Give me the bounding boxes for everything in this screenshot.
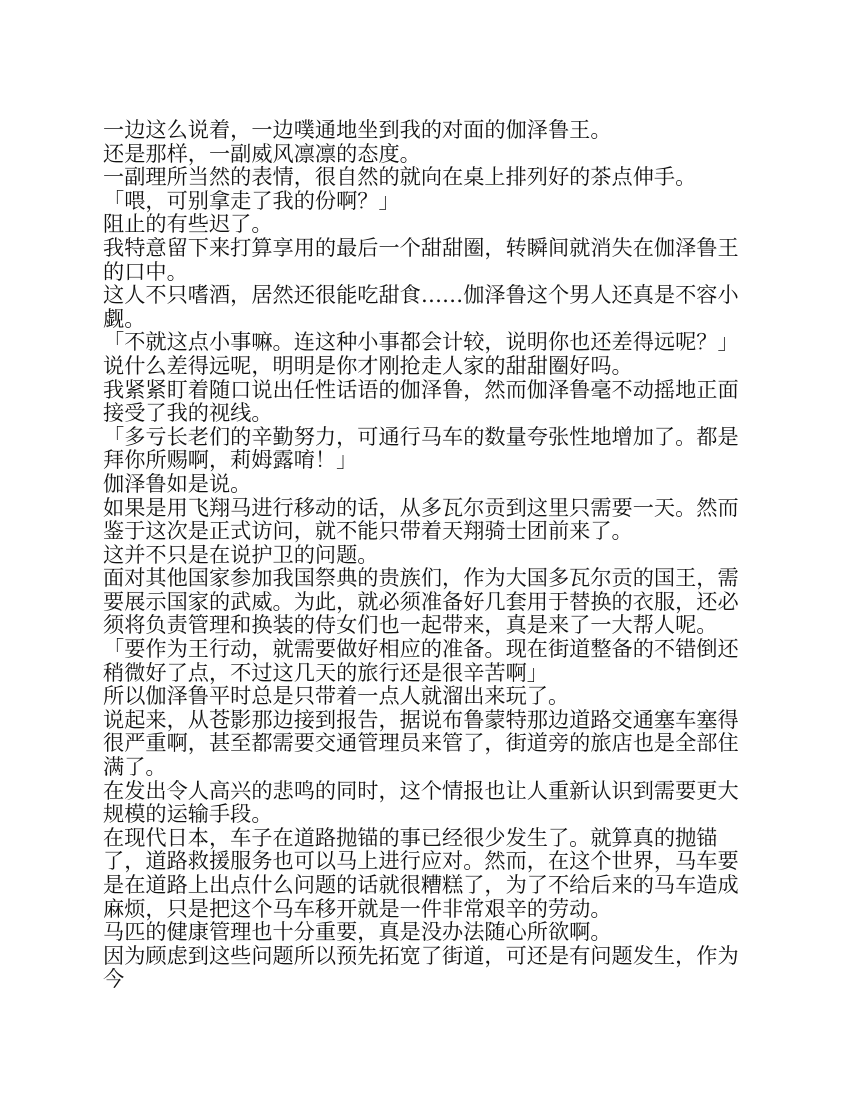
document-body: 一边这么说着，一边噗通地坐到我的对面的伽泽鲁王。 还是那样，一副威风凛凛的态度。… <box>103 118 747 991</box>
paragraph: 「多亏长老们的辛勤努力，可通行马车的数量夸张性地增加了。都是拜你所赐啊，莉姆露唷… <box>103 425 747 472</box>
paragraph: 一副理所当然的表情，很自然的就向在桌上排列好的茶点伸手。 <box>103 165 747 189</box>
paragraph: 这人不只嗜酒，居然还很能吃甜食……伽泽鲁这个男人还真是不容小觑。 <box>103 283 747 330</box>
paragraph: 在现代日本，车子在道路抛锚的事已经很少发生了。就算真的抛锚了，道路救援服务也可以… <box>103 826 747 920</box>
paragraph: 所以伽泽鲁平时总是只带着一点人就溜出来玩了。 <box>103 684 747 708</box>
paragraph: 如果是用飞翔马进行移动的话，从多瓦尔贡到这里只需要一天。然而鉴于这次是正式访问，… <box>103 496 747 543</box>
paragraph: 我特意留下来打算享用的最后一个甜甜圈，转瞬间就消失在伽泽鲁王的口中。 <box>103 236 747 283</box>
paragraph: 我紧紧盯着随口说出任性话语的伽泽鲁，然而伽泽鲁毫不动摇地正面接受了我的视线。 <box>103 378 747 425</box>
paragraph: 面对其他国家参加我国祭典的贵族们，作为大国多瓦尔贡的国王，需要展示国家的武威。为… <box>103 566 747 637</box>
paragraph: 「要作为王行动，就需要做好相应的准备。现在街道整备的不错倒还稍微好了点，不过这几… <box>103 637 747 684</box>
paragraph: 说起来，从苍影那边接到报告，据说布鲁蒙特那边道路交通塞车塞得很严重啊，甚至都需要… <box>103 708 747 779</box>
paragraph: 「喂，可别拿走了我的份啊？」 <box>103 189 747 213</box>
paragraph: 还是那样，一副威风凛凛的态度。 <box>103 142 747 166</box>
paragraph: 这并不只是在说护卫的问题。 <box>103 543 747 567</box>
paragraph: 阻止的有些迟了。 <box>103 212 747 236</box>
paragraph: 因为顾虑到这些问题所以预先拓宽了街道，可还是有问题发生，作为今 <box>103 944 747 991</box>
paragraph: 马匹的健康管理也十分重要，真是没办法随心所欲啊。 <box>103 920 747 944</box>
paragraph: 伽泽鲁如是说。 <box>103 472 747 496</box>
paragraph: 说什么差得远呢，明明是你才刚抢走人家的甜甜圈好吗。 <box>103 354 747 378</box>
paragraph: 一边这么说着，一边噗通地坐到我的对面的伽泽鲁王。 <box>103 118 747 142</box>
paragraph: 「不就这点小事嘛。连这种小事都会计较，说明你也还差得远呢？」 <box>103 330 747 354</box>
paragraph: 在发出令人高兴的悲鸣的同时，这个情报也让人重新认识到需要更大规模的运输手段。 <box>103 779 747 826</box>
